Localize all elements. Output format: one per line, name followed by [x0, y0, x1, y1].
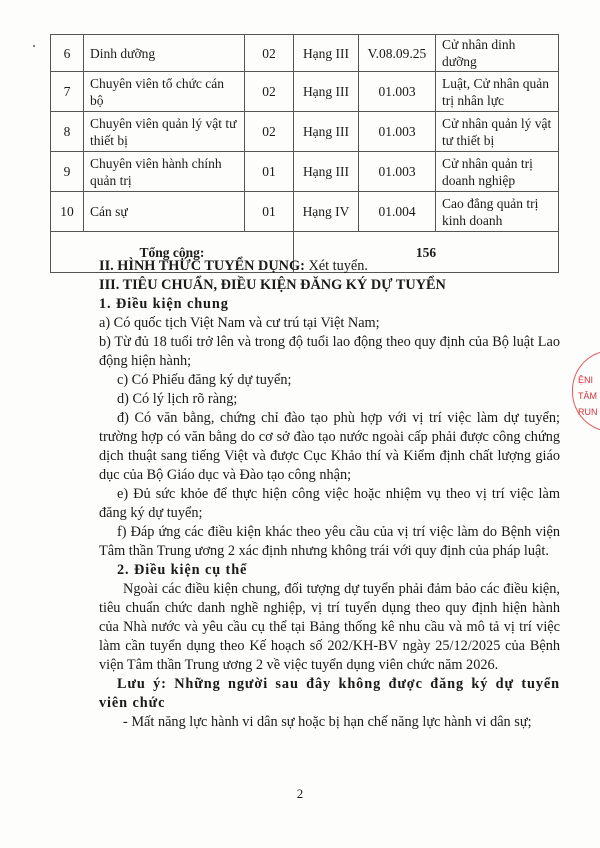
table-row: 8 Chuyên viên quản lý vật tư thiết bị 02… — [51, 112, 559, 152]
rank: Hạng III — [294, 152, 359, 192]
page-number: 2 — [0, 786, 600, 802]
rank: Hạng III — [294, 112, 359, 152]
quantity: 02 — [245, 72, 294, 112]
position-title: Dinh dưỡng — [84, 35, 245, 72]
subsection-2-heading: 2. Điều kiện cụ thể — [99, 561, 560, 580]
position-title: Chuyên viên tổ chức cán bộ — [84, 72, 245, 112]
section-2: II. HÌNH THỨC TUYỂN DỤNG: Xét tuyển. — [99, 257, 560, 276]
condition-e: e) Đủ sức khỏe để thực hiện công việc ho… — [99, 485, 560, 523]
condition-c: c) Có Phiếu đăng ký dự tuyển; — [99, 371, 560, 390]
scan-speck — [33, 45, 35, 47]
stamp-text-line: RUN — [578, 406, 598, 418]
table-row: 9 Chuyên viên hành chính quản trị 01 Hạn… — [51, 152, 559, 192]
position-title: Cán sự — [84, 192, 245, 232]
row-number: 8 — [51, 112, 84, 152]
subsection-1-heading: 1. Điều kiện chung — [99, 295, 560, 314]
table-row: 6 Dinh dưỡng 02 Hạng III V.08.09.25 Cử n… — [51, 35, 559, 72]
specific-conditions-paragraph: Ngoài các điều kiện chung, đối tượng dự … — [99, 580, 560, 675]
row-number: 9 — [51, 152, 84, 192]
section-2-value: Xét tuyển. — [305, 258, 368, 274]
quantity: 01 — [245, 152, 294, 192]
condition-dd: đ) Có văn bằng, chứng chỉ đào tạo phù hợ… — [99, 409, 560, 485]
quantity: 01 — [245, 192, 294, 232]
quantity: 02 — [245, 112, 294, 152]
row-number: 10 — [51, 192, 84, 232]
condition-b: b) Từ đủ 18 tuổi trở lên và trong độ tuổ… — [99, 333, 560, 371]
position-title: Chuyên viên quản lý vật tư thiết bị — [84, 112, 245, 152]
rank: Hạng III — [294, 72, 359, 112]
code: 01.004 — [359, 192, 436, 232]
row-number: 7 — [51, 72, 84, 112]
qualification: Cử nhân dinh dưỡng — [436, 35, 559, 72]
staffing-table: 6 Dinh dưỡng 02 Hạng III V.08.09.25 Cử n… — [50, 34, 559, 273]
position-title: Chuyên viên hành chính quản trị — [84, 152, 245, 192]
section-2-heading: II. HÌNH THỨC TUYỂN DỤNG: — [99, 258, 305, 274]
code: 01.003 — [359, 72, 436, 112]
condition-a: a) Có quốc tịch Việt Nam và cư trú tại V… — [99, 314, 560, 333]
code: V.08.09.25 — [359, 35, 436, 72]
note-heading: Lưu ý: Những người sau đây không được đă… — [99, 675, 560, 713]
document-body: II. HÌNH THỨC TUYỂN DỤNG: Xét tuyển. III… — [99, 257, 560, 732]
stamp-text-line: TÂM — [578, 390, 597, 402]
section-3-heading: III. TIÊU CHUẨN, ĐIỀU KIỆN ĐĂNG KÝ DỰ TU… — [99, 276, 560, 295]
rank: Hạng IV — [294, 192, 359, 232]
qualification: Cử nhân quản trị doanh nghiệp — [436, 152, 559, 192]
code: 01.003 — [359, 112, 436, 152]
red-stamp-fragment: ỆNI TÂM RUN — [570, 340, 600, 440]
table-row: 7 Chuyên viên tổ chức cán bộ 02 Hạng III… — [51, 72, 559, 112]
code: 01.003 — [359, 152, 436, 192]
qualification: Cử nhân quản lý vật tư thiết bị — [436, 112, 559, 152]
stamp-text-line: ỆNI — [578, 374, 593, 386]
condition-d: d) Có lý lịch rõ ràng; — [99, 390, 560, 409]
qualification: Luật, Cử nhân quản trị nhân lực — [436, 72, 559, 112]
table-row: 10 Cán sự 01 Hạng IV 01.004 Cao đẳng quả… — [51, 192, 559, 232]
note-item: - Mất năng lực hành vi dân sự hoặc bị hạ… — [99, 713, 560, 732]
condition-f: f) Đáp ứng các điều kiện khác theo yêu c… — [99, 523, 560, 561]
rank: Hạng III — [294, 35, 359, 72]
quantity: 02 — [245, 35, 294, 72]
row-number: 6 — [51, 35, 84, 72]
qualification: Cao đẳng quản trị kinh doanh — [436, 192, 559, 232]
